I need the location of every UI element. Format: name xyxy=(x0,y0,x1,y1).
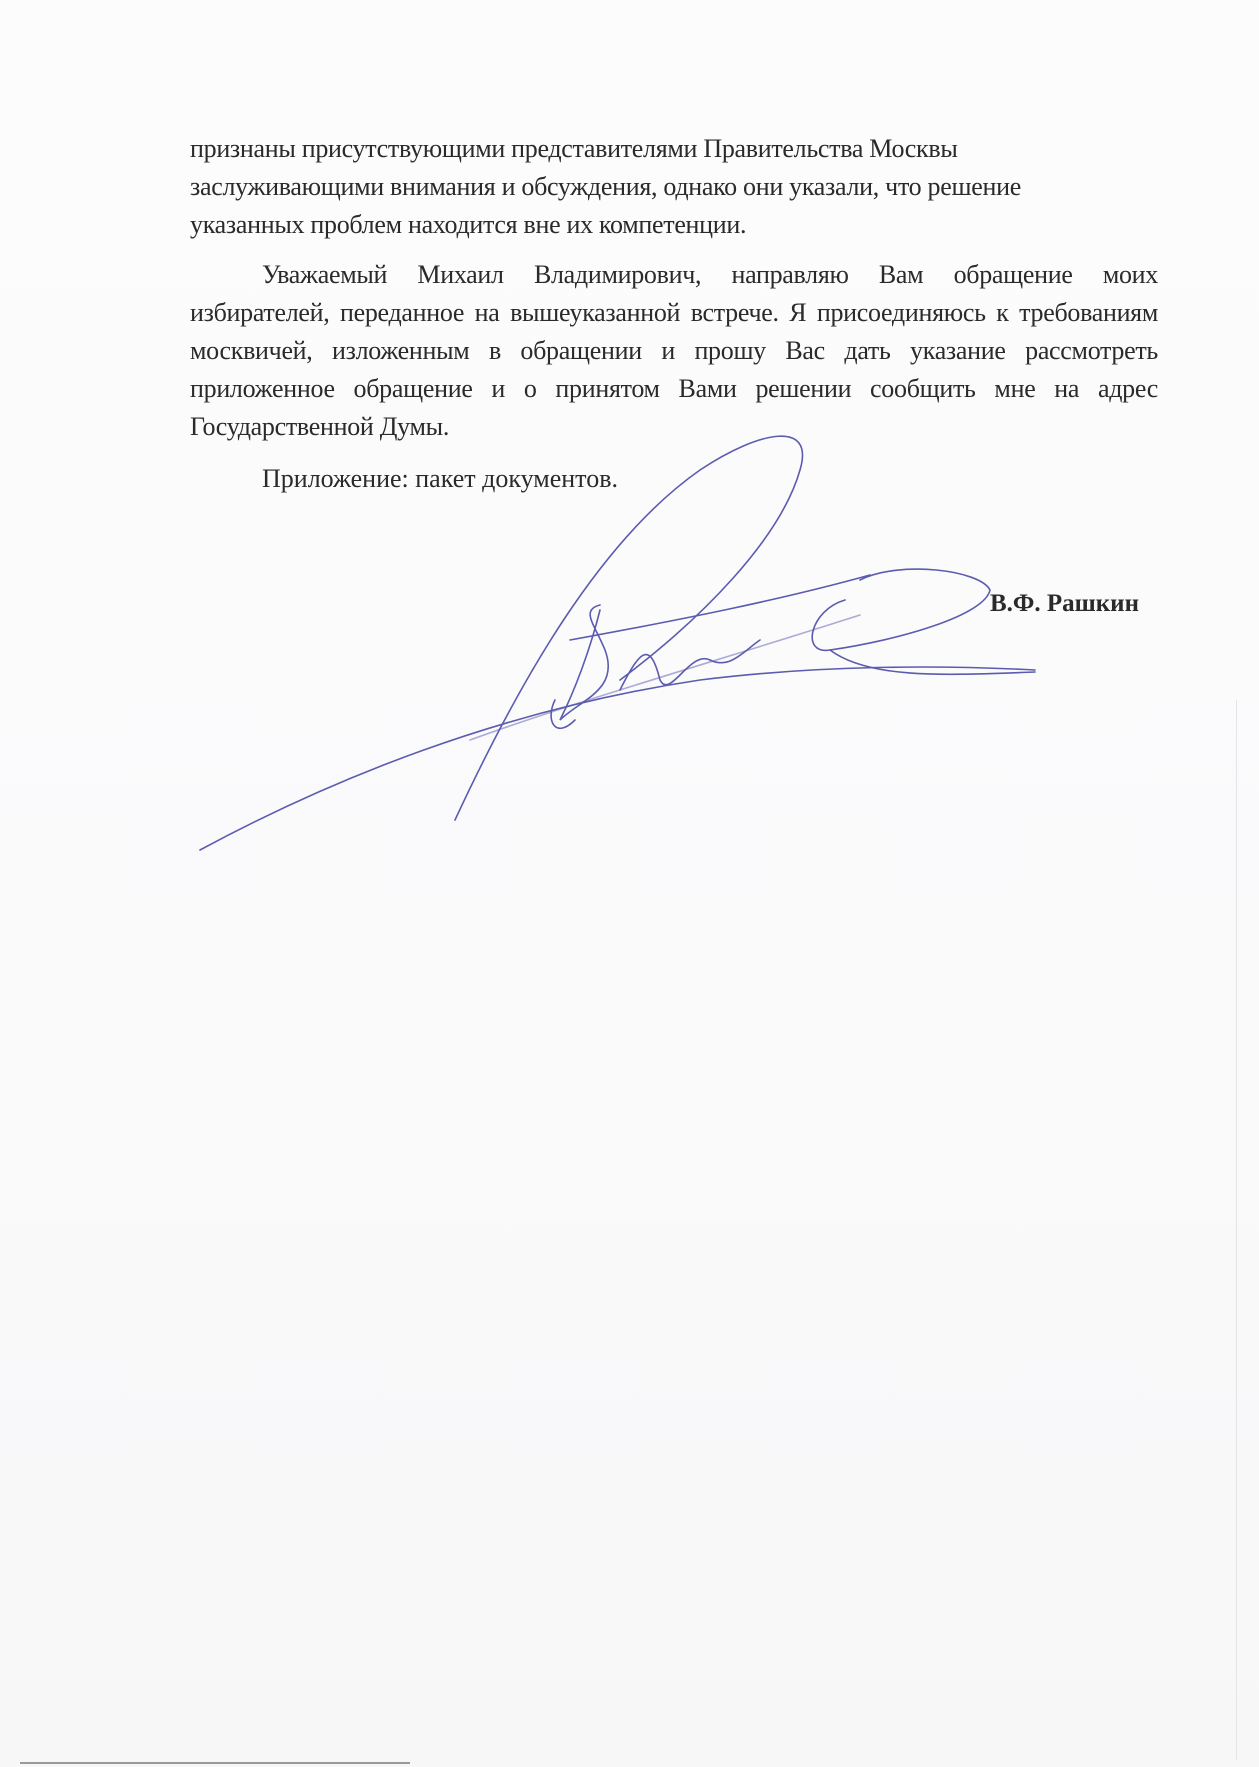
document-page: признаны присутствующими представителями… xyxy=(0,0,1259,1767)
request-text: Уважаемый Михаил Владимирович, направляю… xyxy=(190,256,1158,446)
attachment-note: Приложение: пакет документов. xyxy=(262,460,618,498)
text-line: признаны присутствующими представителями… xyxy=(190,130,1158,168)
paragraph-request: Уважаемый Михаил Владимирович, направляю… xyxy=(190,256,1158,446)
signer-name: В.Ф. Рашкин xyxy=(990,590,1139,618)
text-line: заслуживающими внимания и обсуждения, од… xyxy=(190,168,1158,206)
paragraph-intro: признаны присутствующими представителями… xyxy=(190,130,1158,244)
scan-edge xyxy=(1236,700,1237,1760)
scan-artifact-line xyxy=(20,1762,410,1764)
text-line: указанных проблем находится вне их компе… xyxy=(190,206,1158,244)
